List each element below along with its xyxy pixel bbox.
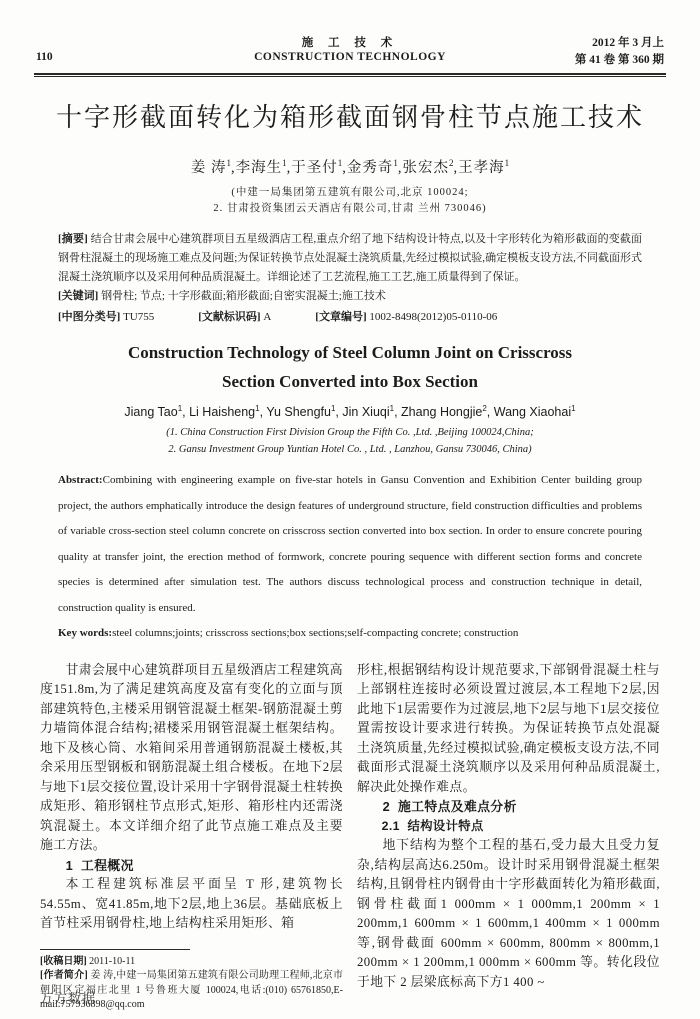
author-name: 于圣付	[291, 160, 338, 176]
article-title-en: Construction Technology of Steel Column …	[0, 338, 700, 396]
keywords-en: Key words:steel columns;joints; crisscro…	[58, 621, 642, 647]
author-separator: ,	[394, 405, 401, 419]
right-column: 形柱,根据钢结构设计规范要求,下部钢骨混凝土柱与上部钢柱连接时必须设置过渡层,本…	[357, 661, 660, 1013]
author-cn: 李海生1,	[236, 160, 292, 176]
author-name: Jiang Tao	[124, 405, 177, 419]
keywords-label-en: Key words:	[58, 627, 112, 639]
author-cn: 王孝海1	[458, 160, 509, 176]
clc-value: TU755	[123, 311, 154, 323]
author-en: Yu Shengfu1,	[266, 405, 342, 419]
clc-label: [中图分类号]	[58, 311, 123, 323]
author-en: Wang Xiaohai1	[494, 405, 576, 419]
volume-issue: 第 41 卷 第 360 期	[575, 51, 664, 67]
author-name: Yu Shengfu	[266, 405, 331, 419]
journal-title-en: CONSTRUCTION TECHNOLOGY	[34, 51, 666, 63]
author-cn: 于圣付1,	[291, 160, 347, 176]
title-en-line2: Section Converted into Box Section	[0, 367, 700, 396]
section-heading-2-1: 2.1 结构设计特点	[357, 817, 660, 837]
document-code-value: A	[263, 311, 271, 323]
abstract-cn: [摘要] 结合甘肃会展中心建筑群项目五星级酒店工程,重点介绍了地下结构设计特点,…	[58, 230, 642, 287]
author-cn: 姜 涛1,	[191, 160, 236, 176]
affiliation-line: (1. China Construction First Division Gr…	[0, 424, 700, 441]
author-cn: 张宏杰2,	[403, 160, 459, 176]
header-row-2: 110 CONSTRUCTION TECHNOLOGY 第 41 卷 第 360…	[34, 51, 666, 68]
abstract-label-en: Abstract:	[58, 474, 103, 486]
abstract-label-cn: [摘要]	[58, 233, 88, 245]
affiliation-line: (中建一局集团第五建筑有限公司,北京 100024;	[0, 185, 700, 201]
author-name: Li Haisheng	[189, 405, 255, 419]
author-en: Jin Xiuqi1,	[342, 405, 401, 419]
issue-date: 2012 年 3 月上	[592, 34, 664, 50]
author-en: Zhang Hongjie2,	[401, 405, 494, 419]
author-affil-mark: 1	[505, 158, 510, 168]
author-name: 李海生	[236, 160, 283, 176]
keywords-text-en: steel columns;joints; crisscross section…	[112, 627, 518, 639]
left-column: 甘肃会展中心建筑群项目五星级酒店工程建筑高度151.8m,为了满足建筑高度及富有…	[40, 661, 343, 1013]
authors-en: Jiang Tao1, Li Haisheng1, Yu Shengfu1, J…	[0, 404, 700, 419]
author-name: Wang Xiaohai	[494, 405, 571, 419]
received-date-label: [收稿日期]	[40, 956, 89, 967]
article-title-cn: 十字形截面转化为箱形截面钢骨柱节点施工技术	[0, 97, 700, 134]
author-bio-label: [作者简介]	[40, 970, 90, 981]
affiliation-line: 2. Gansu Investment Group Yuntian Hotel …	[0, 441, 700, 458]
author-name: Zhang Hongjie	[401, 405, 482, 419]
author-en: Jiang Tao1,	[124, 405, 189, 419]
authors-cn: 姜 涛1,李海生1,于圣付1,金秀奇1,张宏杰2,王孝海1	[0, 156, 700, 177]
footnote-divider	[40, 949, 190, 950]
affiliation-line: 2. 甘肃投资集团云天酒店有限公司,甘肃 兰州 730046)	[0, 201, 700, 217]
author-affil-mark: 1	[571, 404, 575, 413]
header-double-rule	[34, 73, 666, 77]
author-name: 张宏杰	[403, 160, 450, 176]
article-id-value: 1002-8498(2012)05-0110-06	[369, 311, 497, 323]
affiliations-en: (1. China Construction First Division Gr…	[0, 424, 700, 458]
author-en: Li Haisheng1,	[189, 405, 266, 419]
body-paragraph: 形柱,根据钢结构设计规范要求,下部钢骨混凝土柱与上部钢柱连接时必须设置过渡层,本…	[357, 661, 660, 798]
keywords-cn: [关键词] 钢骨柱; 节点; 十字形截面;箱形截面;自密实混凝土;施工技术	[58, 287, 642, 306]
affiliations-cn: (中建一局集团第五建筑有限公司,北京 100024; 2. 甘肃投资集团云天酒店…	[0, 185, 700, 217]
title-en-line1: Construction Technology of Steel Column …	[0, 338, 700, 367]
abstract-en: Abstract:Combining with engineering exam…	[58, 468, 642, 621]
journal-page: 施 工 技 术 2012 年 3 月上 110 CONSTRUCTION TEC…	[0, 0, 700, 1019]
keywords-label-cn: [关键词]	[58, 290, 98, 302]
section-heading-1: 1 工程概况	[40, 856, 343, 876]
author-name: Jin Xiuqi	[342, 405, 389, 419]
author-name: 姜 涛	[191, 160, 227, 176]
body-paragraph: 甘肃会展中心建筑群项目五星级酒店工程建筑高度151.8m,为了满足建筑高度及富有…	[40, 661, 343, 856]
abstract-text-en: Combining with engineering example on fi…	[58, 474, 642, 614]
document-code-label: [文献标识码]	[198, 311, 263, 323]
author-separator: ,	[487, 405, 494, 419]
document-code: [文献标识码] A	[198, 308, 271, 324]
received-date-line: [收稿日期] 2011-10-11	[40, 955, 343, 970]
body-paragraph: 地下结构为整个工程的基石,受力最大且受力复杂,结构层高达6.250m。设计时采用…	[357, 836, 660, 992]
received-date-value: 2011-10-11	[89, 956, 135, 967]
body-columns: 甘肃会展中心建筑群项目五星级酒店工程建筑高度151.8m,为了满足建筑高度及富有…	[40, 661, 660, 1013]
author-name: 金秀奇	[347, 160, 394, 176]
article-id-label: [文章编号]	[315, 311, 369, 323]
wanfang-watermark: 万方数据	[40, 988, 96, 1007]
abstract-text-cn: 结合甘肃会展中心建筑群项目五星级酒店工程,重点介绍了地下结构设计特点,以及十字形…	[58, 233, 642, 283]
author-name: 王孝海	[458, 160, 505, 176]
keywords-text-cn: 钢骨柱; 节点; 十字形截面;箱形截面;自密实混凝土;施工技术	[98, 290, 386, 302]
classification-row: [中图分类号] TU755 [文献标识码] A [文章编号] 1002-8498…	[58, 308, 642, 324]
section-heading-2: 2 施工特点及难点分析	[357, 797, 660, 817]
header-row-1: 施 工 技 术 2012 年 3 月上	[34, 34, 666, 51]
author-cn: 金秀奇1,	[347, 160, 403, 176]
journal-title-cn: 施 工 技 术	[34, 34, 666, 50]
clc-number: [中图分类号] TU755	[58, 308, 154, 324]
article-id: [文章编号] 1002-8498(2012)05-0110-06	[315, 308, 497, 324]
body-paragraph: 本工程建筑标准层平面呈 T 形,建筑物长54.55m、宽41.85m,地下2层,…	[40, 875, 343, 934]
page-header: 施 工 技 术 2012 年 3 月上 110 CONSTRUCTION TEC…	[0, 0, 700, 77]
